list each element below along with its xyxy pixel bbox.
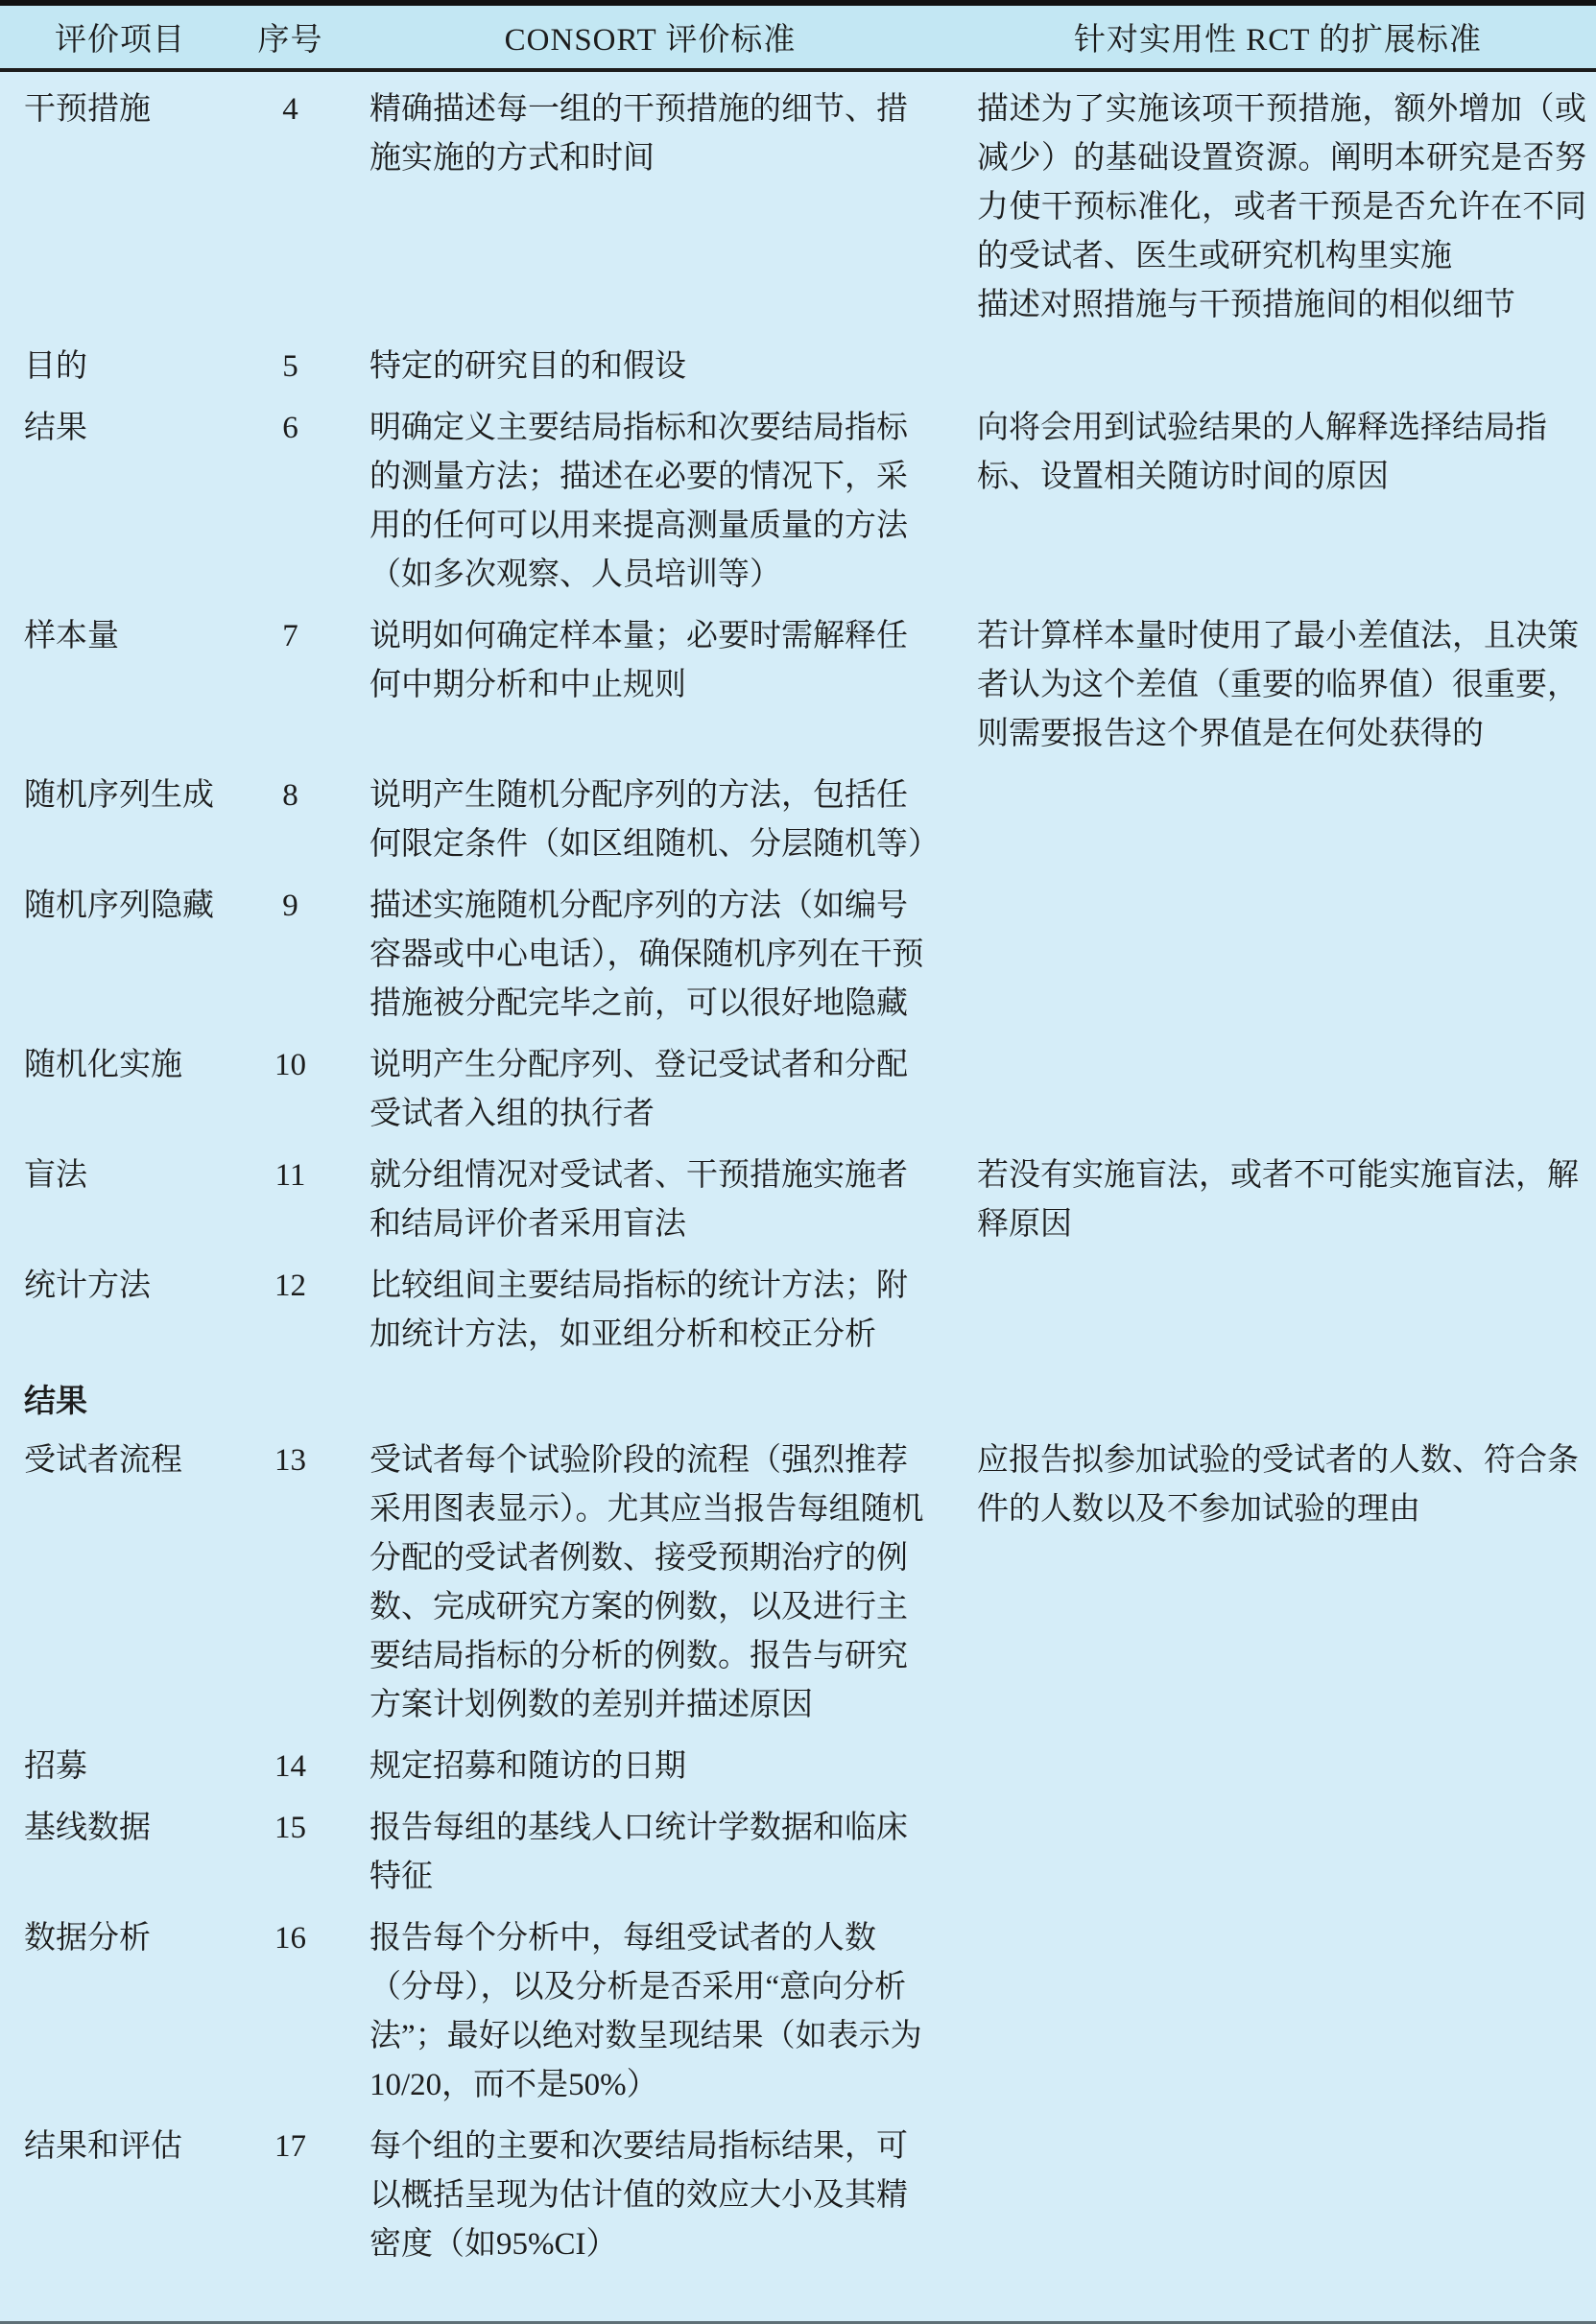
table-sheet: 评价项目 序号 CONSORT 评价标准 针对实用性 RCT 的扩展标准 干预措… <box>0 0 1596 2324</box>
extension-criteria-cell: 若没有实施盲法，或者不可能实施盲法，解释原因 <box>960 1151 1596 1262</box>
evaluation-item-cell: 结果和评估 <box>0 2122 240 2282</box>
table-row: 随机序列隐藏9描述实施随机分配序列的方法（如编号容器或中心电话），确保随机序列在… <box>0 882 1596 1041</box>
item-number-cell: 5 <box>240 343 341 404</box>
consort-paragraph: 报告每个分析中，每组受试者的人数（分母），以及分析是否采用“意向分析法”；最好以… <box>369 1914 939 2110</box>
item-number-cell: 13 <box>240 1436 341 1743</box>
table-header: 评价项目 序号 CONSORT 评价标准 针对实用性 RCT 的扩展标准 <box>0 6 1596 70</box>
consort-criteria-cell: 受试者每个试验阶段的流程（强烈推荐采用图表显示）。尤其应当报告每组随机分配的受试… <box>341 1436 960 1743</box>
item-number-cell: 10 <box>240 1041 341 1151</box>
extension-criteria-cell <box>960 2122 1596 2282</box>
consort-criteria-cell: 描述实施随机分配序列的方法（如编号容器或中心电话），确保随机序列在干预措施被分配… <box>341 882 960 1041</box>
consort-paragraph: 明确定义主要结局指标和次要结局指标的测量方法；描述在必要的情况下，采用的任何可以… <box>369 404 939 600</box>
extension-criteria-cell: 应报告拟参加试验的受试者的人数、符合条件的人数以及不参加试验的理由 <box>960 1436 1596 1743</box>
extension-criteria-cell <box>960 771 1596 882</box>
col-header-extension: 针对实用性 RCT 的扩展标准 <box>960 6 1596 70</box>
consort-criteria-cell: 比较组间主要结局指标的统计方法；附加统计方法，如亚组分析和校正分析 <box>341 1262 960 1372</box>
item-number-cell: 6 <box>240 404 341 612</box>
extension-criteria-cell <box>960 1914 1596 2122</box>
evaluation-item-cell: 数据分析 <box>0 1914 240 2122</box>
table-row: 样本量7说明如何确定样本量；必要时需解释任何中期分析和中止规则若计算样本量时使用… <box>0 612 1596 771</box>
consort-checklist-table: 评价项目 序号 CONSORT 评价标准 针对实用性 RCT 的扩展标准 干预措… <box>0 6 1596 2282</box>
consort-paragraph: 比较组间主要结局指标的统计方法；附加统计方法，如亚组分析和校正分析 <box>369 1262 939 1360</box>
item-number-cell: 9 <box>240 882 341 1041</box>
consort-criteria-cell: 每个组的主要和次要结局指标结果，可以概括呈现为估计值的效应大小及其精密度（如95… <box>341 2122 960 2282</box>
table-row: 盲法11就分组情况对受试者、干预措施实施者和结局评价者采用盲法若没有实施盲法，或… <box>0 1151 1596 1262</box>
evaluation-item-cell: 样本量 <box>0 612 240 771</box>
table-row: 统计方法12比较组间主要结局指标的统计方法；附加统计方法，如亚组分析和校正分析 <box>0 1262 1596 1372</box>
item-number-cell: 17 <box>240 2122 341 2282</box>
table-row: 干预措施4精确描述每一组的干预措施的细节、措施实施的方式和时间描述为了实施该项干… <box>0 70 1596 343</box>
extension-criteria-cell: 向将会用到试验结果的人解释选择结局指标、设置相关随访时间的原因 <box>960 404 1596 612</box>
section-label: 结果 <box>0 1372 1596 1436</box>
consort-paragraph: 说明产生随机分配序列的方法，包括任何限定条件（如区组随机、分层随机等） <box>369 771 939 869</box>
evaluation-item-cell: 盲法 <box>0 1151 240 1262</box>
item-number-cell: 15 <box>240 1804 341 1914</box>
consort-paragraph: 规定招募和随访的日期 <box>369 1743 939 1791</box>
table-row: 随机化实施10说明产生分配序列、登记受试者和分配受试者入组的执行者 <box>0 1041 1596 1151</box>
extension-criteria-cell <box>960 1743 1596 1804</box>
consort-criteria-cell: 报告每组的基线人口统计学数据和临床特征 <box>341 1804 960 1914</box>
consort-paragraph: 精确描述每一组的干预措施的细节、措施实施的方式和时间 <box>369 85 939 183</box>
extension-paragraph: 若没有实施盲法，或者不可能实施盲法，解释原因 <box>977 1151 1586 1249</box>
consort-criteria-cell: 说明如何确定样本量；必要时需解释任何中期分析和中止规则 <box>341 612 960 771</box>
evaluation-item-cell: 招募 <box>0 1743 240 1804</box>
col-header-item: 评价项目 <box>0 6 240 70</box>
consort-criteria-cell: 规定招募和随访的日期 <box>341 1743 960 1804</box>
table-body: 干预措施4精确描述每一组的干预措施的细节、措施实施的方式和时间描述为了实施该项干… <box>0 70 1596 2282</box>
evaluation-item-cell: 基线数据 <box>0 1804 240 1914</box>
consort-paragraph: 受试者每个试验阶段的流程（强烈推荐采用图表显示）。尤其应当报告每组随机分配的受试… <box>369 1436 939 1730</box>
item-number-cell: 4 <box>240 70 341 343</box>
extension-paragraph: 若计算样本量时使用了最小差值法，且决策者认为这个差值（重要的临界值）很重要，则需… <box>977 612 1586 759</box>
item-number-cell: 16 <box>240 1914 341 2122</box>
evaluation-item-cell: 随机序列生成 <box>0 771 240 882</box>
consort-paragraph: 就分组情况对受试者、干预措施实施者和结局评价者采用盲法 <box>369 1151 939 1249</box>
consort-criteria-cell: 精确描述每一组的干预措施的细节、措施实施的方式和时间 <box>341 70 960 343</box>
item-number-cell: 7 <box>240 612 341 771</box>
extension-criteria-cell <box>960 1041 1596 1151</box>
extension-criteria-cell <box>960 1262 1596 1372</box>
consort-paragraph: 每个组的主要和次要结局指标结果，可以概括呈现为估计值的效应大小及其精密度（如95… <box>369 2122 939 2269</box>
header-row: 评价项目 序号 CONSORT 评价标准 针对实用性 RCT 的扩展标准 <box>0 6 1596 70</box>
item-number-cell: 12 <box>240 1262 341 1372</box>
consort-paragraph: 描述实施随机分配序列的方法（如编号容器或中心电话），确保随机序列在干预措施被分配… <box>369 882 939 1029</box>
item-number-cell: 11 <box>240 1151 341 1262</box>
table-row: 数据分析16报告每个分析中，每组受试者的人数（分母），以及分析是否采用“意向分析… <box>0 1914 1596 2122</box>
consort-paragraph: 说明产生分配序列、登记受试者和分配受试者入组的执行者 <box>369 1041 939 1139</box>
extension-criteria-cell <box>960 343 1596 404</box>
consort-paragraph: 特定的研究目的和假设 <box>369 343 939 391</box>
extension-paragraph: 描述对照措施与干预措施间的相似细节 <box>977 281 1586 330</box>
table-row: 受试者流程13受试者每个试验阶段的流程（强烈推荐采用图表显示）。尤其应当报告每组… <box>0 1436 1596 1743</box>
consort-criteria-cell: 报告每个分析中，每组受试者的人数（分母），以及分析是否采用“意向分析法”；最好以… <box>341 1914 960 2122</box>
extension-criteria-cell <box>960 1804 1596 1914</box>
extension-paragraph: 向将会用到试验结果的人解释选择结局指标、设置相关随访时间的原因 <box>977 404 1586 502</box>
consort-paragraph: 说明如何确定样本量；必要时需解释任何中期分析和中止规则 <box>369 612 939 710</box>
extension-paragraph: 应报告拟参加试验的受试者的人数、符合条件的人数以及不参加试验的理由 <box>977 1436 1586 1534</box>
item-number-cell: 14 <box>240 1743 341 1804</box>
table-row: 目的5特定的研究目的和假设 <box>0 343 1596 404</box>
evaluation-item-cell: 随机序列隐藏 <box>0 882 240 1041</box>
evaluation-item-cell: 目的 <box>0 343 240 404</box>
consort-criteria-cell: 明确定义主要结局指标和次要结局指标的测量方法；描述在必要的情况下，采用的任何可以… <box>341 404 960 612</box>
evaluation-item-cell: 干预措施 <box>0 70 240 343</box>
evaluation-item-cell: 统计方法 <box>0 1262 240 1372</box>
evaluation-item-cell: 随机化实施 <box>0 1041 240 1151</box>
extension-paragraph: 描述为了实施该项干预措施，额外增加（或减少）的基础设置资源。阐明本研究是否努力使… <box>977 85 1586 281</box>
evaluation-item-cell: 结果 <box>0 404 240 612</box>
table-row: 结果和评估17每个组的主要和次要结局指标结果，可以概括呈现为估计值的效应大小及其… <box>0 2122 1596 2282</box>
table-row: 基线数据15报告每组的基线人口统计学数据和临床特征 <box>0 1804 1596 1914</box>
col-header-number: 序号 <box>240 6 341 70</box>
evaluation-item-cell: 受试者流程 <box>0 1436 240 1743</box>
consort-criteria-cell: 特定的研究目的和假设 <box>341 343 960 404</box>
consort-criteria-cell: 就分组情况对受试者、干预措施实施者和结局评价者采用盲法 <box>341 1151 960 1262</box>
consort-criteria-cell: 说明产生分配序列、登记受试者和分配受试者入组的执行者 <box>341 1041 960 1151</box>
extension-criteria-cell: 描述为了实施该项干预措施，额外增加（或减少）的基础设置资源。阐明本研究是否努力使… <box>960 70 1596 343</box>
table-row: 随机序列生成8说明产生随机分配序列的方法，包括任何限定条件（如区组随机、分层随机… <box>0 771 1596 882</box>
consort-criteria-cell: 说明产生随机分配序列的方法，包括任何限定条件（如区组随机、分层随机等） <box>341 771 960 882</box>
table-row: 结果6明确定义主要结局指标和次要结局指标的测量方法；描述在必要的情况下，采用的任… <box>0 404 1596 612</box>
item-number-cell: 8 <box>240 771 341 882</box>
extension-criteria-cell <box>960 882 1596 1041</box>
table-row: 招募14规定招募和随访的日期 <box>0 1743 1596 1804</box>
extension-criteria-cell: 若计算样本量时使用了最小差值法，且决策者认为这个差值（重要的临界值）很重要，则需… <box>960 612 1596 771</box>
col-header-consort: CONSORT 评价标准 <box>341 6 960 70</box>
consort-paragraph: 报告每组的基线人口统计学数据和临床特征 <box>369 1804 939 1902</box>
section-row: 结果 <box>0 1372 1596 1436</box>
